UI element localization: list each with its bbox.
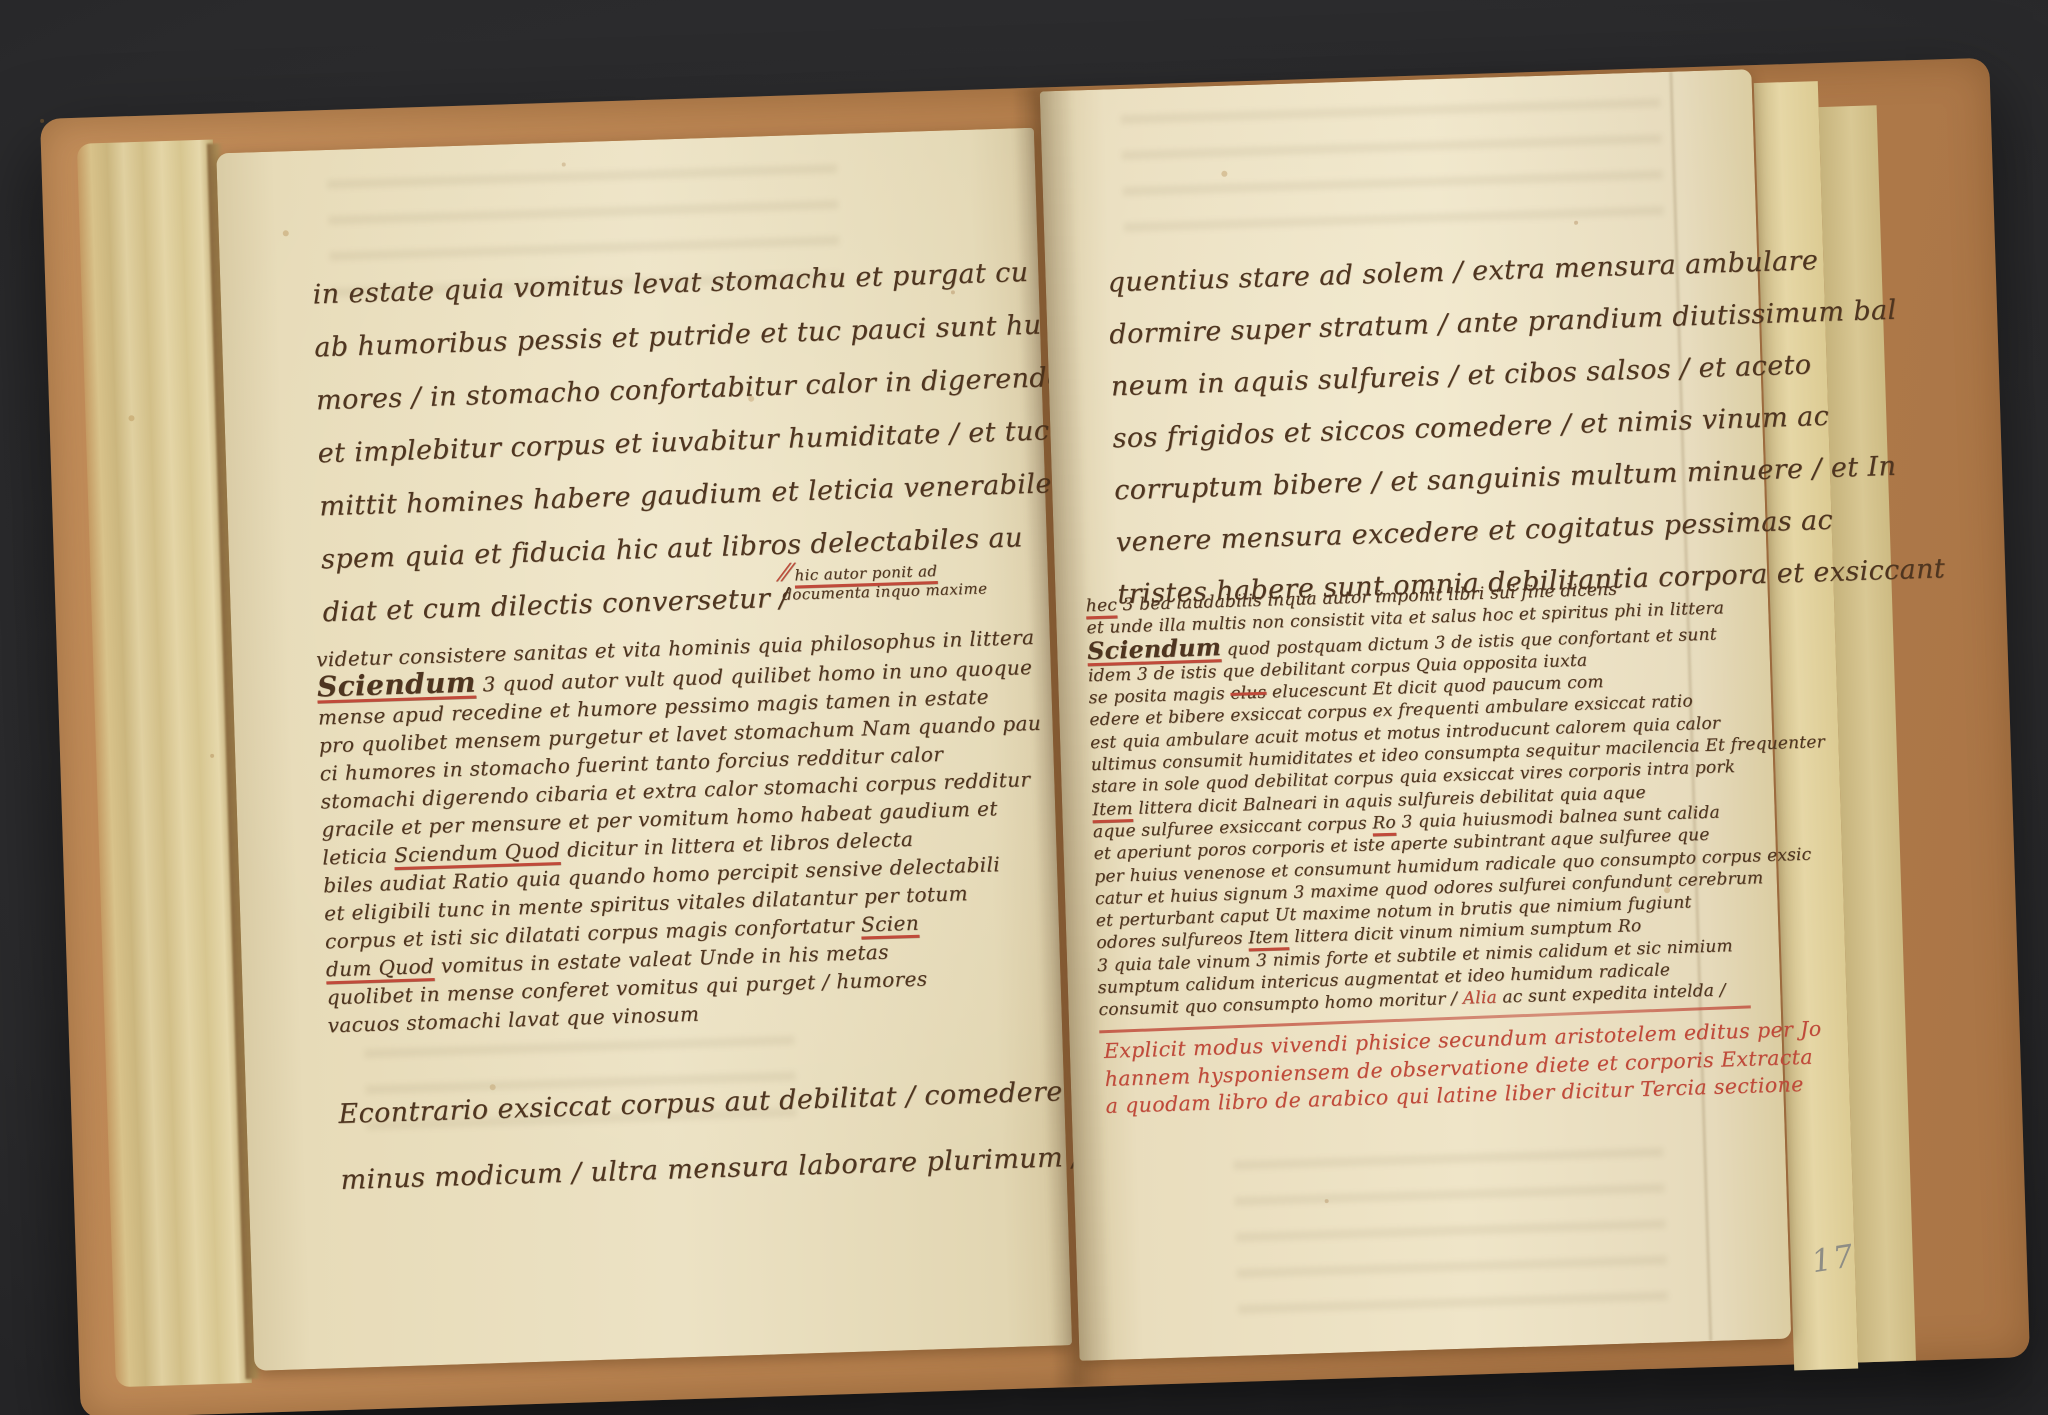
left-page: in estate quia vomitus levat stomachu et…: [216, 128, 1072, 1371]
foxing-spots: [40, 119, 44, 123]
red-paragraph-slash: ⁄⁄: [781, 559, 791, 587]
left-page-paragraph-closing: Econtrario exsiccat corpus aut debilitat…: [337, 1061, 1021, 1214]
colophon-rubric: Explicit modus vivendi phisice secundum …: [1103, 1017, 1765, 1120]
open-manuscript-book: in estate quia vomitus levat stomachu et…: [40, 58, 2030, 1415]
right-page-paragraph-dense: hec 3 bea laudabilis inqua autor imponit…: [1086, 575, 1759, 1022]
bleed-through-text: [1120, 98, 1664, 235]
right-page: quentius stare ad solem / extra mensura …: [1040, 69, 1792, 1361]
left-page-paragraph-dense: videtur consistere sanitas et vita homin…: [316, 624, 1018, 1039]
pencil-folio-number: 17: [1809, 1238, 1857, 1280]
right-page-paragraph-top: quentius stare ad solem / extra mensura …: [1107, 238, 1728, 621]
bleed-through-text: [1233, 1147, 1668, 1320]
marginal-note: ⁄⁄hic autor ponit ad documenta inquo max…: [781, 556, 1032, 605]
